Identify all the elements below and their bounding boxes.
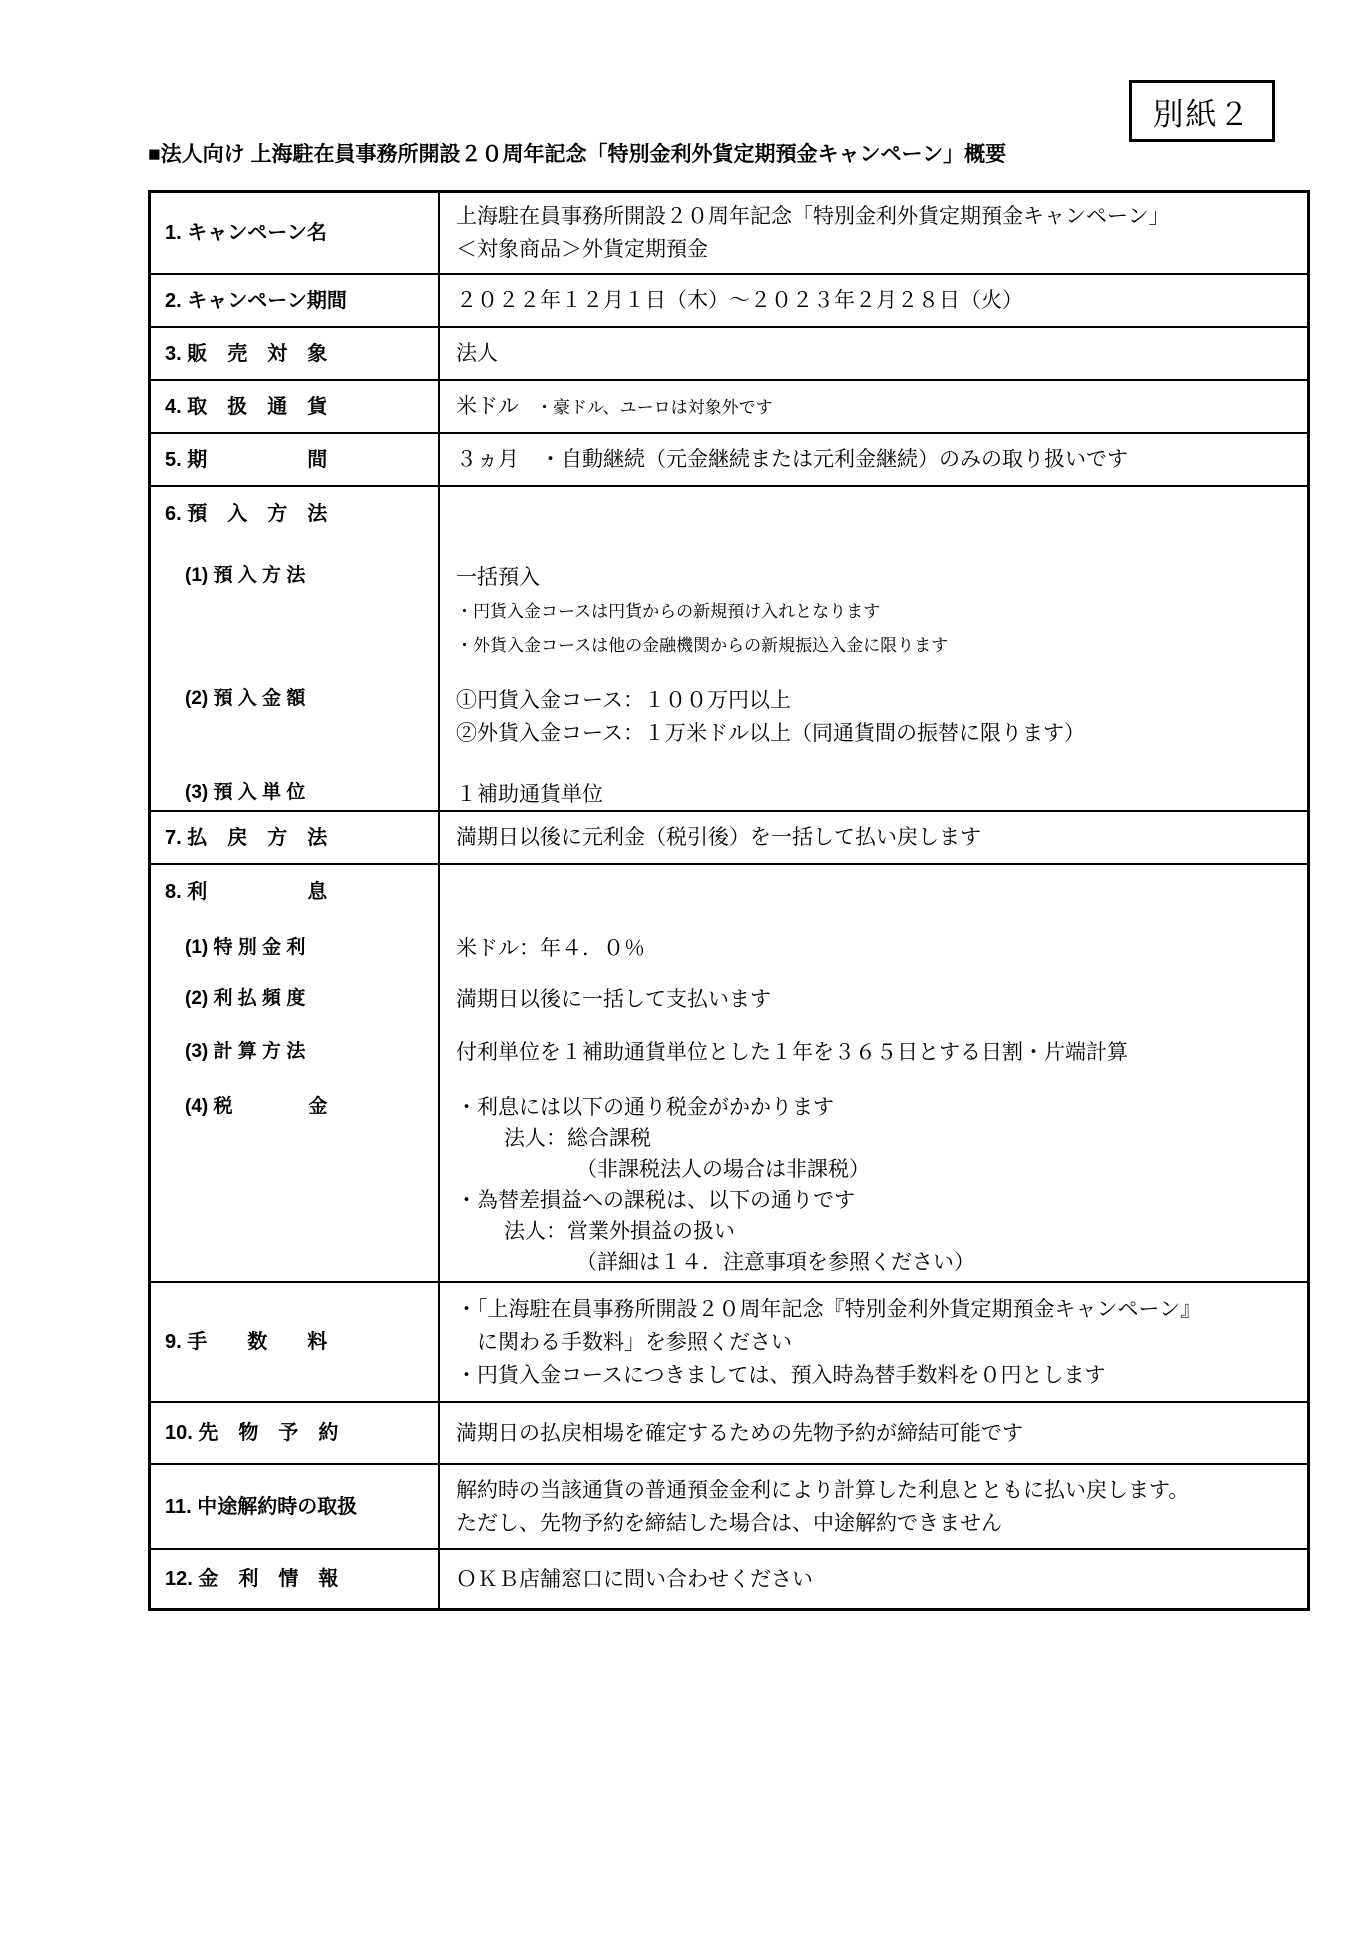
document-heading: ■法人向け 上海駐在員事務所開設２０周年記念「特別金利外貨定期預金キャンペーン」…	[148, 138, 1006, 168]
table-row: 5. 期 間３ヵ月 ・自動継続（元金継続または元利金継続）のみの取り扱いです	[151, 432, 1307, 485]
row-label: 8. 利 息	[151, 877, 438, 907]
value-line: ・外貨入金コースは他の金融機関からの新規振込入金に限ります	[456, 628, 1297, 662]
value-line: 上海駐在員事務所開設２０周年記念「特別金利外貨定期預金キャンペーン」	[456, 200, 1297, 233]
table-subrow: (4) 税 金・利息には以下の通り税金がかかります法人：総合課税（非課税法人の場…	[151, 1092, 1307, 1278]
value-line: ＯＫＢ店舗窓口に問い合わせください	[456, 1563, 1297, 1596]
row-value: 付利単位を１補助通貨単位とした１年を３６５日とする日割・片端計算	[438, 1037, 1307, 1068]
value-line: ・円貨入金コースにつきましては、預入時為替手数料を０円とします	[456, 1359, 1297, 1392]
table-row: 11. 中途解約時の取扱解約時の当該通貨の普通預金金利により計算した利息とともに…	[151, 1463, 1307, 1548]
value-line: 付利単位を１補助通貨単位とした１年を３６５日とする日割・片端計算	[456, 1037, 1297, 1068]
value-line: ３ヵ月 ・自動継続（元金継続または元利金継続）のみの取り扱いです	[456, 443, 1297, 476]
row-value: 満期日の払戻相場を確定するための先物予約が締結可能です	[438, 1417, 1307, 1450]
table-subrow: 1. キャンペーン名上海駐在員事務所開設２０周年記念「特別金利外貨定期預金キャン…	[151, 200, 1307, 266]
table-row: 9. 手 数 料・「上海駐在員事務所開設２０周年記念『特別金利外貨定期預金キャン…	[151, 1281, 1307, 1401]
table-row: 3. 販 売 対 象法人	[151, 326, 1307, 379]
table-subrow: (3) 計 算 方 法付利単位を１補助通貨単位とした１年を３６５日とする日割・片…	[151, 1037, 1307, 1068]
row-value: 米ドル：年４．０％	[438, 933, 1307, 964]
value-line: ただし、先物予約を締結した場合は、中途解約できません	[456, 1507, 1297, 1540]
value-line: 満期日以後に一括して支払います	[456, 984, 1297, 1015]
row-value: 解約時の当該通貨の普通預金金利により計算した利息とともに払い戻します。ただし、先…	[438, 1474, 1307, 1540]
value-line: 解約時の当該通貨の普通預金金利により計算した利息とともに払い戻します。	[456, 1474, 1297, 1507]
row-value: ・「上海駐在員事務所開設２０周年記念『特別金利外貨定期預金キャンペーン』に関わる…	[438, 1293, 1307, 1392]
row-label: 2. キャンペーン期間	[151, 286, 438, 316]
row-value: 法人	[438, 337, 1307, 370]
row-label: 5. 期 間	[151, 445, 438, 475]
row-value: 満期日以後に一括して支払います	[438, 984, 1307, 1015]
table-subrow: 4. 取 扱 通 貨米ドル ・豪ドル、ユーロは対象外です	[151, 390, 1307, 424]
row-label: 7. 払 戻 方 法	[151, 823, 438, 853]
table-row: 10. 先 物 予 約満期日の払戻相場を確定するための先物予約が締結可能です	[151, 1401, 1307, 1463]
value-line: １補助通貨単位	[456, 778, 1297, 810]
table-subrow: 11. 中途解約時の取扱解約時の当該通貨の普通預金金利により計算した利息とともに…	[151, 1474, 1307, 1540]
value-line: 満期日以後に元利金（税引後）を一括して払い戻します	[456, 821, 1297, 854]
row-value: ２０２２年１２月１日（木）～２０２３年２月２８日（火）	[438, 284, 1307, 317]
attachment-label: 別紙２	[1129, 80, 1275, 142]
value-line: ①円貨入金コース：１００万円以上	[456, 684, 1297, 717]
row-label: 9. 手 数 料	[151, 1327, 438, 1357]
value-line: ②外貨入金コース：１万米ドル以上（同通貨間の振替に限ります）	[456, 717, 1297, 750]
table-subrow: (2) 利 払 頻 度満期日以後に一括して支払います	[151, 984, 1307, 1015]
row-value: ＯＫＢ店舗窓口に問い合わせください	[438, 1563, 1307, 1596]
row-value: １補助通貨単位	[438, 778, 1307, 810]
table-subrow: (3) 預 入 単 位１補助通貨単位	[151, 778, 1307, 810]
table-row: 2. キャンペーン期間２０２２年１２月１日（木）～２０２３年２月２８日（火）	[151, 273, 1307, 326]
row-value: ３ヵ月 ・自動継続（元金継続または元利金継続）のみの取り扱いです	[438, 443, 1307, 476]
value-line: ・為替差損益への課税は、以下の通りです	[456, 1185, 1297, 1216]
row-value: 米ドル ・豪ドル、ユーロは対象外です	[438, 390, 1307, 424]
value-line: （非課税法人の場合は非課税）	[456, 1154, 1297, 1185]
table-subrow: 8. 利 息	[151, 877, 1307, 907]
table-subrow: 12. 金 利 情 報ＯＫＢ店舗窓口に問い合わせください	[151, 1563, 1307, 1596]
row-value: ①円貨入金コース：１００万円以上②外貨入金コース：１万米ドル以上（同通貨間の振替…	[438, 684, 1307, 750]
row-label: 3. 販 売 対 象	[151, 339, 438, 369]
table-subrow: 7. 払 戻 方 法満期日以後に元利金（税引後）を一括して払い戻します	[151, 821, 1307, 854]
table-subrow: (1) 特 別 金 利米ドル：年４．０％	[151, 933, 1307, 964]
table-subrow: (2) 預 入 金 額①円貨入金コース：１００万円以上②外貨入金コース：１万米ド…	[151, 684, 1307, 750]
value-line: ２０２２年１２月１日（木）～２０２３年２月２８日（火）	[456, 284, 1297, 317]
row-label: (2) 預 入 金 額	[151, 684, 438, 714]
row-label: (1) 特 別 金 利	[151, 933, 438, 963]
campaign-table: 1. キャンペーン名上海駐在員事務所開設２０周年記念「特別金利外貨定期預金キャン…	[148, 190, 1310, 1611]
table-row: 7. 払 戻 方 法満期日以後に元利金（税引後）を一括して払い戻します	[151, 810, 1307, 863]
table-subrow: 3. 販 売 対 象法人	[151, 337, 1307, 370]
table-row: 4. 取 扱 通 貨米ドル ・豪ドル、ユーロは対象外です	[151, 379, 1307, 432]
row-label: 12. 金 利 情 報	[151, 1564, 438, 1594]
value-line: 一括預入	[456, 561, 1297, 594]
value-line: ・「上海駐在員事務所開設２０周年記念『特別金利外貨定期預金キャンペーン』	[456, 1293, 1297, 1326]
value-line: に関わる手数料」を参照ください	[456, 1326, 1297, 1359]
table-row: 1. キャンペーン名上海駐在員事務所開設２０周年記念「特別金利外貨定期預金キャン…	[151, 193, 1307, 273]
row-value: ・利息には以下の通り税金がかかります法人：総合課税（非課税法人の場合は非課税）・…	[438, 1092, 1307, 1278]
row-label: 11. 中途解約時の取扱	[151, 1492, 438, 1522]
row-label: (4) 税 金	[151, 1092, 438, 1122]
value-line: 米ドル ・豪ドル、ユーロは対象外です	[456, 390, 1297, 424]
table-subrow: 2. キャンペーン期間２０２２年１２月１日（木）～２０２３年２月２８日（火）	[151, 284, 1307, 317]
row-label: 6. 預 入 方 法	[151, 499, 438, 529]
table-subrow: 5. 期 間３ヵ月 ・自動継続（元金継続または元利金継続）のみの取り扱いです	[151, 443, 1307, 476]
row-label: 10. 先 物 予 約	[151, 1418, 438, 1448]
value-line: 米ドル：年４．０％	[456, 933, 1297, 964]
value-line: 法人：総合課税	[456, 1123, 1297, 1154]
row-label: (3) 計 算 方 法	[151, 1037, 438, 1067]
row-value: 一括預入・円貨入金コースは円貨からの新規預け入れとなります・外貨入金コースは他の…	[438, 561, 1307, 662]
row-value: 満期日以後に元利金（税引後）を一括して払い戻します	[438, 821, 1307, 854]
value-line: 法人：営業外損益の扱い	[456, 1216, 1297, 1247]
value-line: ＜対象商品＞外貨定期預金	[456, 233, 1297, 266]
table-row: 6. 預 入 方 法(1) 預 入 方 法一括預入・円貨入金コースは円貨からの新…	[151, 485, 1307, 810]
value-line: ・円貨入金コースは円貨からの新規預け入れとなります	[456, 594, 1297, 628]
value-line: 法人	[456, 337, 1297, 370]
value-line: （詳細は１４．注意事項を参照ください）	[456, 1247, 1297, 1278]
row-label: 1. キャンペーン名	[151, 218, 438, 248]
row-label: (2) 利 払 頻 度	[151, 984, 438, 1014]
table-subrow: (1) 預 入 方 法一括預入・円貨入金コースは円貨からの新規預け入れとなります…	[151, 561, 1307, 662]
row-label: (3) 預 入 単 位	[151, 778, 438, 808]
table-subrow: 9. 手 数 料・「上海駐在員事務所開設２０周年記念『特別金利外貨定期預金キャン…	[151, 1293, 1307, 1392]
table-subrow: 10. 先 物 予 約満期日の払戻相場を確定するための先物予約が締結可能です	[151, 1417, 1307, 1450]
document-page: 別紙２ ■法人向け 上海駐在員事務所開設２０周年記念「特別金利外貨定期預金キャン…	[0, 0, 1371, 1941]
row-label: 4. 取 扱 通 貨	[151, 392, 438, 422]
row-label: (1) 預 入 方 法	[151, 561, 438, 591]
value-line: ・利息には以下の通り税金がかかります	[456, 1092, 1297, 1123]
value-line: 満期日の払戻相場を確定するための先物予約が締結可能です	[456, 1417, 1297, 1450]
table-subrow: 6. 預 入 方 法	[151, 499, 1307, 529]
row-value: 上海駐在員事務所開設２０周年記念「特別金利外貨定期預金キャンペーン」＜対象商品＞…	[438, 200, 1307, 266]
table-row: 8. 利 息(1) 特 別 金 利米ドル：年４．０％(2) 利 払 頻 度満期日…	[151, 863, 1307, 1281]
table-row: 12. 金 利 情 報ＯＫＢ店舗窓口に問い合わせください	[151, 1548, 1307, 1608]
